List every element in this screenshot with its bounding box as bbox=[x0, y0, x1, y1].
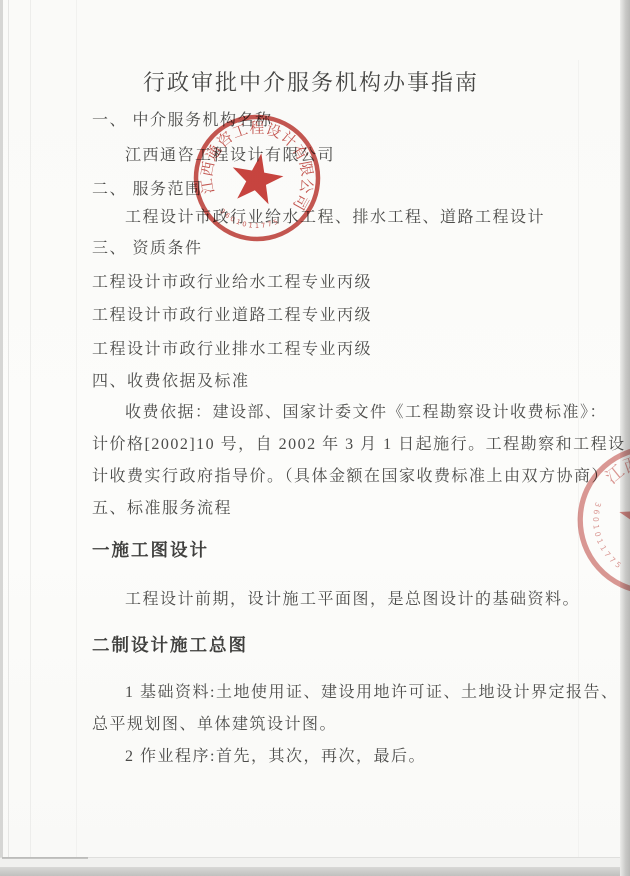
scanned-document: 行政审批中介服务机构办事指南 一、 中介服务机构名称 江西通咨工程设计有限公司 … bbox=[0, 0, 630, 876]
qualification-item: 工程设计市政行业排水工程专业丙级 bbox=[92, 336, 372, 359]
page-title: 行政审批中介服务机构办事指南 bbox=[0, 66, 622, 97]
flow-step2-line: 1 基础资料:土地使用证、建设用地许可证、土地设计界定报告、 bbox=[125, 679, 618, 702]
flow-step2-line: 2 作业程序:首先，其次，再次，最后。 bbox=[125, 743, 426, 766]
seal-registration-number: 3601011775 bbox=[582, 499, 627, 576]
qualification-item: 工程设计市政行业道路工程专业丙级 bbox=[92, 302, 372, 325]
company-seal-stamp: 江西通咨工程设计有限公司 3601011775 bbox=[159, 80, 356, 277]
flow-step1-heading: 一施工图设计 bbox=[92, 537, 209, 562]
section4-heading: 四、收费依据及标准 bbox=[92, 368, 250, 391]
flow-step2-line: 总平规划图、单体建筑设计图。 bbox=[92, 711, 337, 734]
fee-paragraph-line: 收费依据：建设部、国家计委文件《工程勘察设计收费标准》： bbox=[125, 399, 607, 422]
fee-paragraph-line: 计价格[2002]10 号，自 2002 年 3 月 1 日起施行。工程勘察和工… bbox=[92, 431, 626, 454]
page-crease bbox=[30, 0, 31, 858]
seal-star-icon bbox=[615, 482, 630, 558]
flow-step1-body: 工程设计前期，设计施工平面图，是总图设计的基础资料。 bbox=[125, 586, 580, 609]
page-crease bbox=[76, 0, 77, 858]
scan-artifact-mark bbox=[2, 857, 88, 859]
scan-bottom-strip bbox=[0, 858, 630, 867]
section5-heading: 五、标准服务流程 bbox=[92, 495, 232, 518]
scan-left-edge bbox=[0, 0, 3, 876]
qualification-item: 工程设计市政行业给水工程专业丙级 bbox=[92, 269, 372, 292]
scan-bottom-strip bbox=[0, 867, 630, 876]
svg-text:3601011775: 3601011775 bbox=[582, 499, 627, 576]
page-crease bbox=[8, 0, 9, 858]
flow-step2-heading: 二制设计施工总图 bbox=[92, 632, 248, 657]
seal-star-icon bbox=[228, 149, 287, 206]
